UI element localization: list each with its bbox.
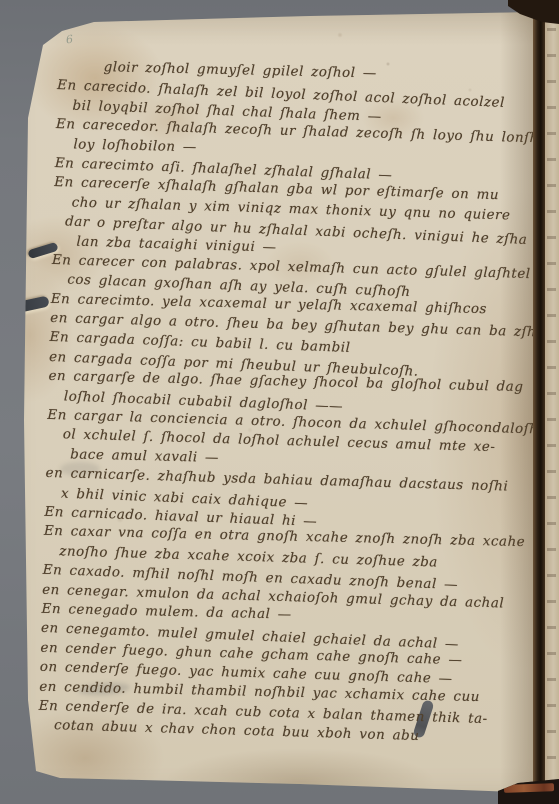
facing-page-text-marks bbox=[547, 14, 556, 794]
photo-background: { "manuscript": { "page_number": "6", "l… bbox=[0, 0, 559, 804]
manuscript-photo: 6 gloir zoſhol gmuyſel gpilel zoſhol —En… bbox=[0, 0, 559, 804]
binding-slit-lower bbox=[13, 295, 50, 313]
page-number: 6 bbox=[65, 33, 73, 47]
facing-page-edge bbox=[545, 14, 559, 794]
manuscript-page: 6 gloir zoſhol gmuyſel gpilel zoſhol —En… bbox=[0, 0, 559, 804]
manuscript-text-block: gloir zoſhol gmuyſel gpilel zoſhol —En c… bbox=[38, 57, 550, 750]
